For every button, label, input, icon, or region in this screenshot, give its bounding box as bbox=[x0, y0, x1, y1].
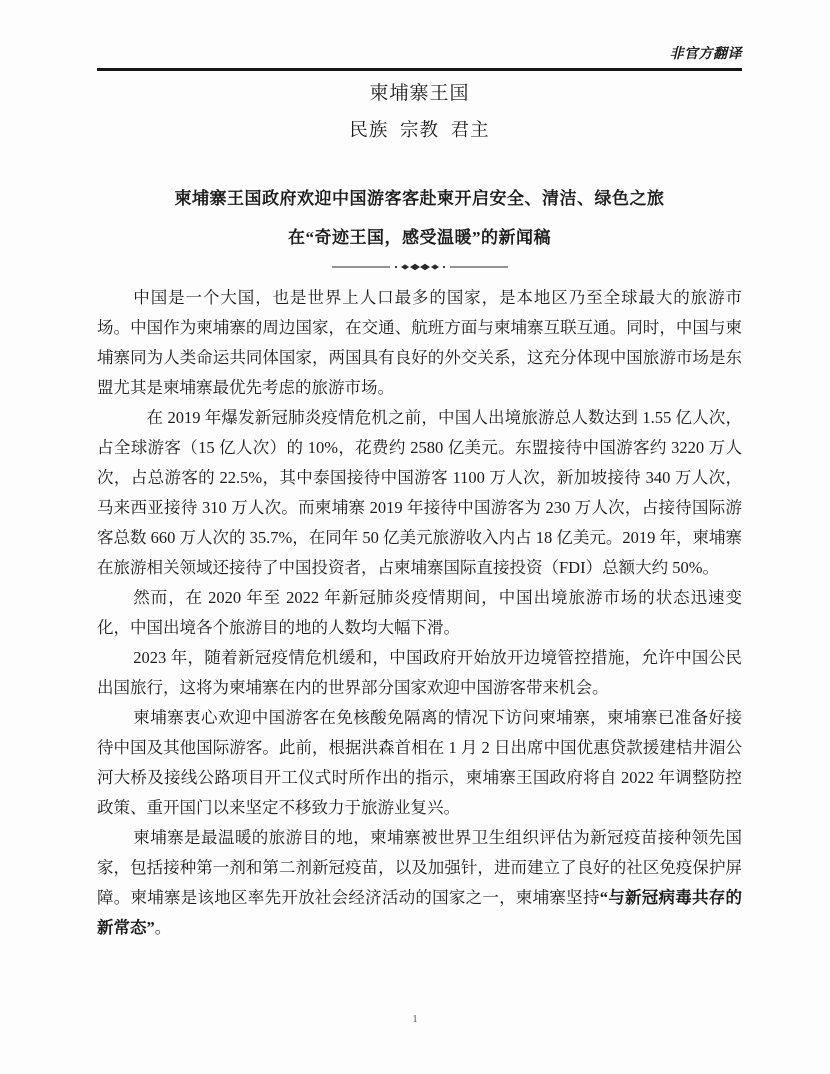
paragraph-3: 然而，在 2020 年至 2022 年新冠肺炎疫情期间，中国出境旅游市场的状态迅… bbox=[97, 583, 742, 643]
national-motto: 民族 宗教 君主 bbox=[97, 119, 742, 143]
ornament-divider-icon bbox=[330, 258, 510, 275]
paragraph-6-period: 。 bbox=[155, 918, 172, 937]
document-subtitle: 在“奇迹王国，感受温暖”的新闻稿 bbox=[97, 226, 742, 250]
header-double-rule bbox=[97, 68, 742, 71]
kingdom-title: 柬埔寨王国 bbox=[97, 82, 742, 106]
unofficial-translation-note: 非官方翻译 bbox=[97, 0, 742, 64]
paragraph-5: 柬埔寨衷心欢迎中国游客在免核酸免隔离的情况下访问柬埔寨，柬埔寨已准备好接待中国及… bbox=[97, 703, 742, 823]
document-page: 非官方翻译 柬埔寨王国 民族 宗教 君主 柬埔寨王国政府欢迎中国游客客赴柬开启安… bbox=[0, 0, 830, 1074]
paragraph-4: 2023 年，随着新冠疫情危机缓和，中国政府开始放开边境管控措施，允许中国公民出… bbox=[97, 643, 742, 703]
document-title: 柬埔寨王国政府欢迎中国游客客赴柬开启安全、清洁、绿色之旅 bbox=[97, 187, 742, 211]
paragraph-6: 柬埔寨是最温暖的旅游目的地，柬埔寨被世界卫生组织评估为新冠疫苗接种领先国家，包括… bbox=[97, 823, 742, 943]
ornament-divider bbox=[97, 261, 742, 273]
page-number: 1 bbox=[0, 1013, 830, 1025]
page-content: 非官方翻译 柬埔寨王国 民族 宗教 君主 柬埔寨王国政府欢迎中国游客客赴柬开启安… bbox=[97, 0, 742, 943]
paragraph-2: 在 2019 年爆发新冠肺炎疫情危机之前，中国人出境旅游总人数达到 1.55 亿… bbox=[97, 403, 742, 583]
paragraph-1: 中国是一个大国，也是世界上人口最多的国家，是本地区乃至全球最大的旅游市场。中国作… bbox=[97, 283, 742, 403]
document-body: 中国是一个大国，也是世界上人口最多的国家，是本地区乃至全球最大的旅游市场。中国作… bbox=[97, 283, 742, 943]
